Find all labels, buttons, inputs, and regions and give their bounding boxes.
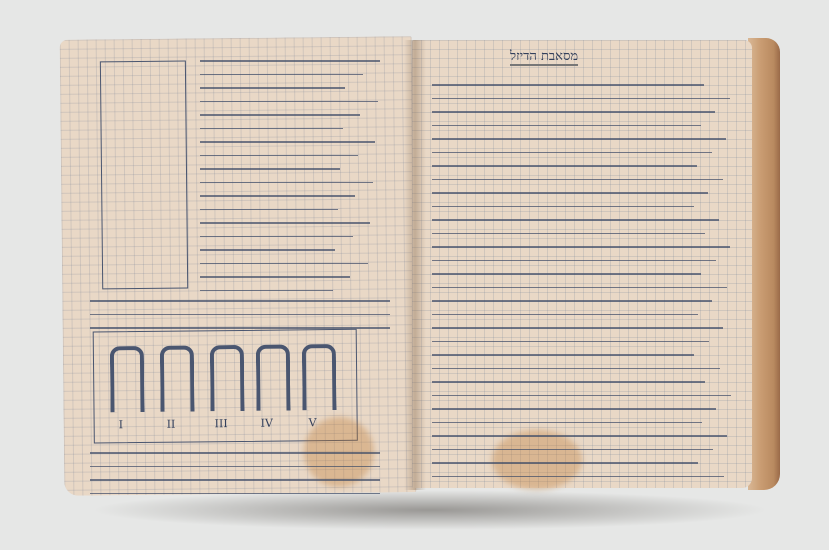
handwriting-line	[200, 114, 360, 116]
handwriting-line	[200, 276, 350, 278]
handwriting-line	[432, 408, 716, 410]
handwriting-line	[200, 195, 355, 197]
handwriting-line	[432, 111, 715, 113]
handwriting-line	[200, 263, 368, 265]
handwriting-line	[90, 327, 390, 329]
handwriting-line	[432, 449, 713, 451]
fig-label: II	[167, 418, 176, 431]
handwriting-line	[432, 435, 727, 437]
handwriting-line	[432, 138, 726, 140]
handwriting-line	[200, 290, 333, 292]
handwriting-line	[432, 206, 694, 208]
handwriting-line	[200, 209, 338, 211]
handwriting-line	[432, 260, 716, 262]
handwriting-line	[432, 287, 727, 289]
handwriting-line	[90, 314, 390, 316]
handwriting-line	[200, 222, 370, 224]
handwriting-line	[432, 165, 697, 167]
handwriting-line	[432, 273, 701, 275]
handwriting-line	[200, 128, 343, 130]
handwriting-line	[432, 354, 694, 356]
handwriting-line	[90, 479, 380, 481]
handwriting-line	[200, 141, 375, 143]
handwriting-line	[200, 101, 378, 103]
handwriting-line	[432, 368, 720, 370]
handwriting-line	[200, 60, 380, 62]
handwriting-line	[432, 84, 704, 86]
handwriting-line	[432, 300, 712, 302]
handwriting-line	[432, 98, 730, 100]
page-heading: מסאבת הדיזל	[510, 48, 578, 66]
left-page: I II III IV V	[60, 36, 417, 496]
handwriting-line	[432, 179, 723, 181]
handwriting-line	[432, 192, 708, 194]
handwriting-line	[432, 125, 701, 127]
fig-label: I	[119, 418, 123, 431]
handwriting-line	[432, 233, 705, 235]
handwriting-line	[200, 155, 358, 157]
page-edges	[748, 38, 780, 490]
handwriting-line	[432, 462, 698, 464]
binding-gutter	[404, 40, 426, 490]
notebook-shadow	[90, 490, 770, 530]
handwriting-line	[90, 466, 380, 468]
fig-label: III	[215, 417, 228, 430]
engine-diagram	[100, 61, 188, 290]
handwriting-line	[432, 341, 709, 343]
handwriting-line	[432, 422, 702, 424]
handwriting-line	[200, 249, 335, 251]
handwriting-line	[200, 236, 353, 238]
handwriting-line	[200, 87, 345, 89]
handwriting-line	[432, 327, 723, 329]
handwriting-line	[432, 152, 712, 154]
handwriting-line	[432, 314, 698, 316]
handwriting-line	[432, 381, 705, 383]
handwriting-line	[200, 182, 373, 184]
handwriting-line	[432, 395, 731, 397]
handwriting-line	[432, 246, 730, 248]
handwriting-line	[432, 476, 724, 478]
fig-label: IV	[261, 417, 273, 430]
handwriting-line	[432, 219, 719, 221]
handwriting-line	[90, 452, 380, 454]
handwriting-line	[200, 168, 340, 170]
handwriting-line	[90, 493, 380, 495]
handwriting-line	[90, 300, 390, 302]
handwriting-line	[200, 74, 363, 76]
